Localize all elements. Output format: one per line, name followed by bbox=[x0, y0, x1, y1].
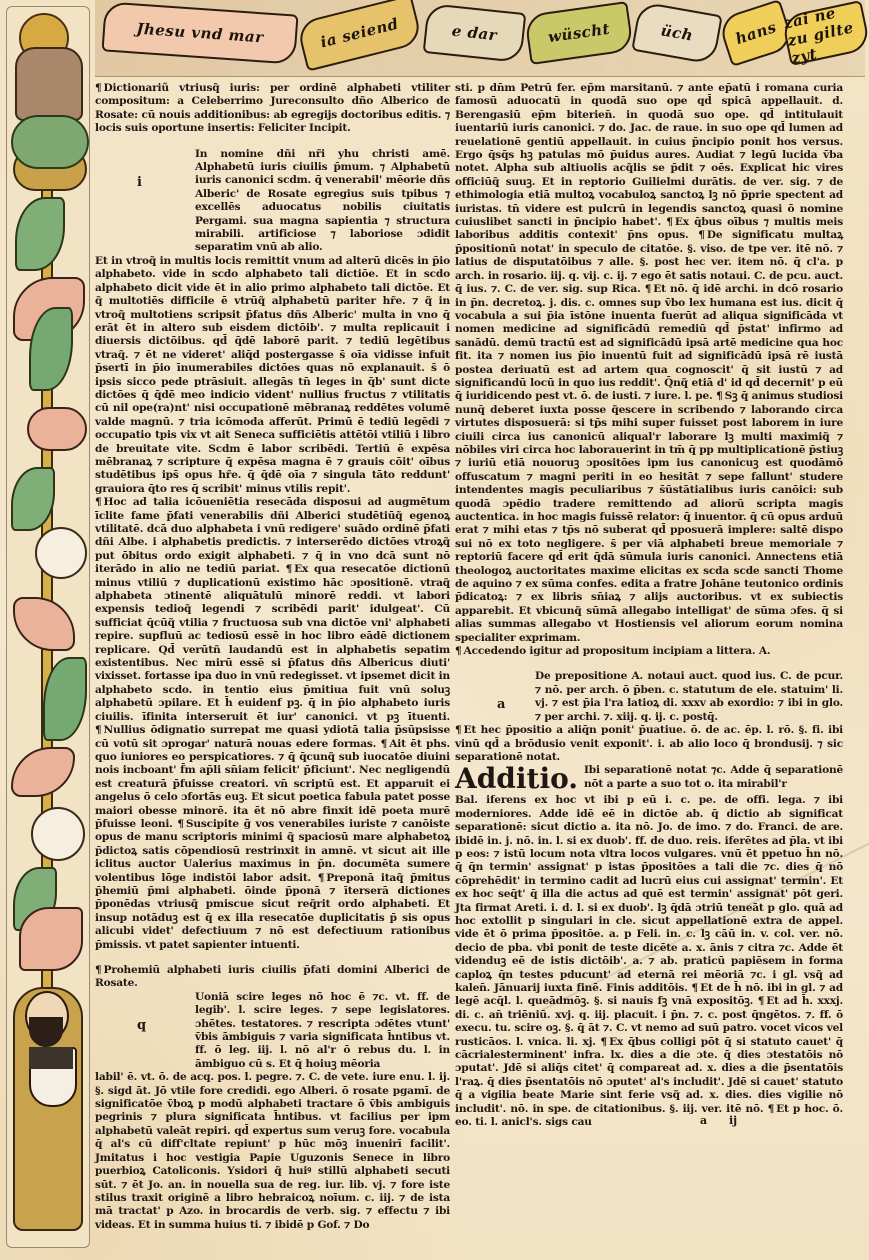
scroll-text: wüscht bbox=[547, 20, 611, 46]
acanthus-scroll-icon bbox=[27, 407, 87, 451]
initial-block: q Uoniā scire leges nō hoc ē ⁊c. vt. ff.… bbox=[95, 991, 450, 1071]
paragraph: ¶Hoc ad talia icōueniētia resecāda dispo… bbox=[95, 496, 450, 952]
entry-a-opening: De prepositione A. notaui auct. quod ius… bbox=[535, 670, 843, 724]
incunable-page: Jhesu vnd mar ia seiend e dar wüscht üch… bbox=[0, 0, 869, 1260]
heading-text: Prohemiū alphabeti iuris ciuilis p̄fati … bbox=[95, 964, 450, 989]
pilcrow-icon: ¶ bbox=[645, 283, 652, 295]
acanthus-scroll-icon bbox=[13, 597, 75, 651]
additio-first-lines: Ibi separationē notat ⁊c. Adde q̄ separa… bbox=[584, 764, 843, 794]
scroll-text: hans bbox=[733, 18, 778, 48]
incipit-title: ¶Dictionariũ vtriusq̃ iuris: per ordinē … bbox=[95, 82, 450, 136]
scroll-text: üch bbox=[659, 21, 694, 44]
paragraph: Bal. iferens ex hoc vt ibi p eū i. c. pe… bbox=[455, 794, 843, 1129]
scroll-text: ia seiend bbox=[319, 15, 401, 52]
left-text-column: ¶Dictionariũ vtriusq̃ iuris: per ordinē … bbox=[95, 82, 450, 1232]
pilcrow-icon: ¶ bbox=[95, 496, 102, 508]
paragraph-text: Accedendo igitur ad propositum incipiam … bbox=[464, 645, 771, 657]
initial-space: i bbox=[95, 148, 195, 255]
paragraph-text: Et hec p̄positio a aliq̄n ponit' p̄uatiu… bbox=[455, 724, 843, 763]
pilcrow-icon: ¶ bbox=[601, 1036, 608, 1048]
flower-icon bbox=[35, 527, 87, 579]
leaf-icon bbox=[15, 197, 65, 271]
pilcrow-icon: ¶ bbox=[666, 216, 673, 228]
scroll-text: zai ne zu gilte zyt bbox=[782, 0, 869, 68]
pilcrow-icon: ¶ bbox=[692, 982, 699, 994]
christ-child-figure-icon bbox=[15, 47, 83, 121]
spacer bbox=[95, 952, 450, 964]
pilcrow-icon: ¶ bbox=[698, 229, 705, 241]
spacer bbox=[455, 658, 843, 670]
pilcrow-icon: ¶ bbox=[177, 818, 184, 830]
initial-space: q bbox=[95, 991, 195, 1071]
paragraph: ¶Et hec p̄positio a aliq̄n ponit' p̄uati… bbox=[455, 724, 843, 764]
paragraph-text: Ait ēt phs. quo iuniores eo perspicatior… bbox=[95, 738, 450, 830]
woodcut-border bbox=[6, 6, 90, 1248]
pilcrow-icon: ¶ bbox=[381, 738, 388, 750]
finis-additionis: Finis additōis. bbox=[606, 982, 688, 994]
banner-scroll: e dar bbox=[423, 3, 527, 63]
spacer bbox=[95, 136, 450, 148]
shield-chief-icon bbox=[29, 1047, 73, 1069]
guide-letter: i bbox=[137, 176, 142, 189]
proem-opening: Uoniā scire leges nō hoc ē ⁊c. vt. ff. d… bbox=[195, 991, 450, 1071]
pilcrow-icon: ¶ bbox=[95, 964, 102, 976]
banner-scroll: wüscht bbox=[524, 1, 634, 65]
cloud-icon bbox=[11, 115, 89, 169]
pilcrow-icon: ¶ bbox=[95, 724, 102, 736]
flower-icon bbox=[31, 807, 85, 861]
banner-scroll: üch bbox=[631, 1, 722, 65]
pilcrow-icon: ¶ bbox=[286, 563, 293, 575]
pilcrow-icon: ¶ bbox=[758, 995, 765, 1007]
incipit-text: Dictionariũ vtriusq̃ iuris: per ordinē a… bbox=[95, 82, 450, 134]
banderole-header: Jhesu vnd mar ia seiend e dar wüscht üch… bbox=[95, 0, 865, 77]
pilcrow-icon: ¶ bbox=[716, 390, 723, 402]
paragraph: Et in vtroq̃ in multis locis remittit vn… bbox=[95, 255, 450, 496]
guide-letter: q bbox=[137, 1019, 146, 1032]
pilcrow-icon: ¶ bbox=[768, 1103, 775, 1115]
pilcrow-icon: ¶ bbox=[455, 645, 462, 657]
paragraph: sti. p dn̄m Petrū fer. ep̄m marsitanū. ⁊… bbox=[455, 82, 843, 645]
banner-scroll: Jhesu vnd mar bbox=[101, 1, 298, 64]
initial-block: a De prepositione A. notaui auct. quod i… bbox=[455, 670, 843, 724]
right-text-column: sti. p dn̄m Petrū fer. ep̄m marsitanū. ⁊… bbox=[455, 82, 843, 1129]
additio-heading: Additio. bbox=[455, 764, 578, 794]
banner-scroll: hans bbox=[717, 0, 795, 67]
banner-scroll: zai ne zu gilte zyt bbox=[781, 0, 869, 66]
proem-heading: ¶Prohemiū alphabeti iuris ciuilis p̄fati… bbox=[95, 964, 450, 991]
paragraph-text: sti. p dn̄m Petrū fer. ep̄m marsitanū. ⁊… bbox=[455, 82, 843, 228]
pilcrow-icon: ¶ bbox=[95, 82, 102, 94]
additio-block: Additio. Ibi separationē notat ⁊c. Adde … bbox=[455, 764, 843, 794]
paragraph-text: Bal. iferens ex hoc vt ibi p eū i. c. pe… bbox=[455, 794, 843, 994]
opening-paragraph: In nomine dñi nr̃i yhu christi amē. Alph… bbox=[195, 148, 450, 255]
pilcrow-icon: ¶ bbox=[318, 872, 325, 884]
guide-letter: a bbox=[497, 698, 505, 711]
banner-scroll: ia seiend bbox=[296, 0, 424, 72]
pilcrow-icon: ¶ bbox=[455, 724, 462, 736]
scroll-text: e dar bbox=[451, 22, 498, 45]
signature-mark: a ij bbox=[700, 1114, 737, 1127]
initial-space: a bbox=[455, 670, 535, 724]
scroll-text: Jhesu vnd mar bbox=[136, 20, 264, 47]
paragraph-text: Sꝫ q̄ animus studiosi nunq̄ deberet iuxt… bbox=[455, 390, 843, 643]
acanthus-scroll-icon bbox=[19, 907, 83, 971]
accedendo-line: ¶Accedendo igitur ad propositum incipiam… bbox=[455, 645, 843, 658]
initial-block: i In nomine dñi nr̃i yhu christi amē. Al… bbox=[95, 148, 450, 255]
paragraph-text: Et nō. q̄ idē archi. in dcō rosario in p… bbox=[455, 283, 843, 402]
paragraph-text: Ex qua resecatōe dictionū minus vtiliū ⁊… bbox=[95, 563, 450, 722]
acanthus-scroll-icon bbox=[11, 747, 75, 797]
paragraph: labil' ē. vt. ō. de acq. pos. l. pegre. … bbox=[95, 1071, 450, 1232]
